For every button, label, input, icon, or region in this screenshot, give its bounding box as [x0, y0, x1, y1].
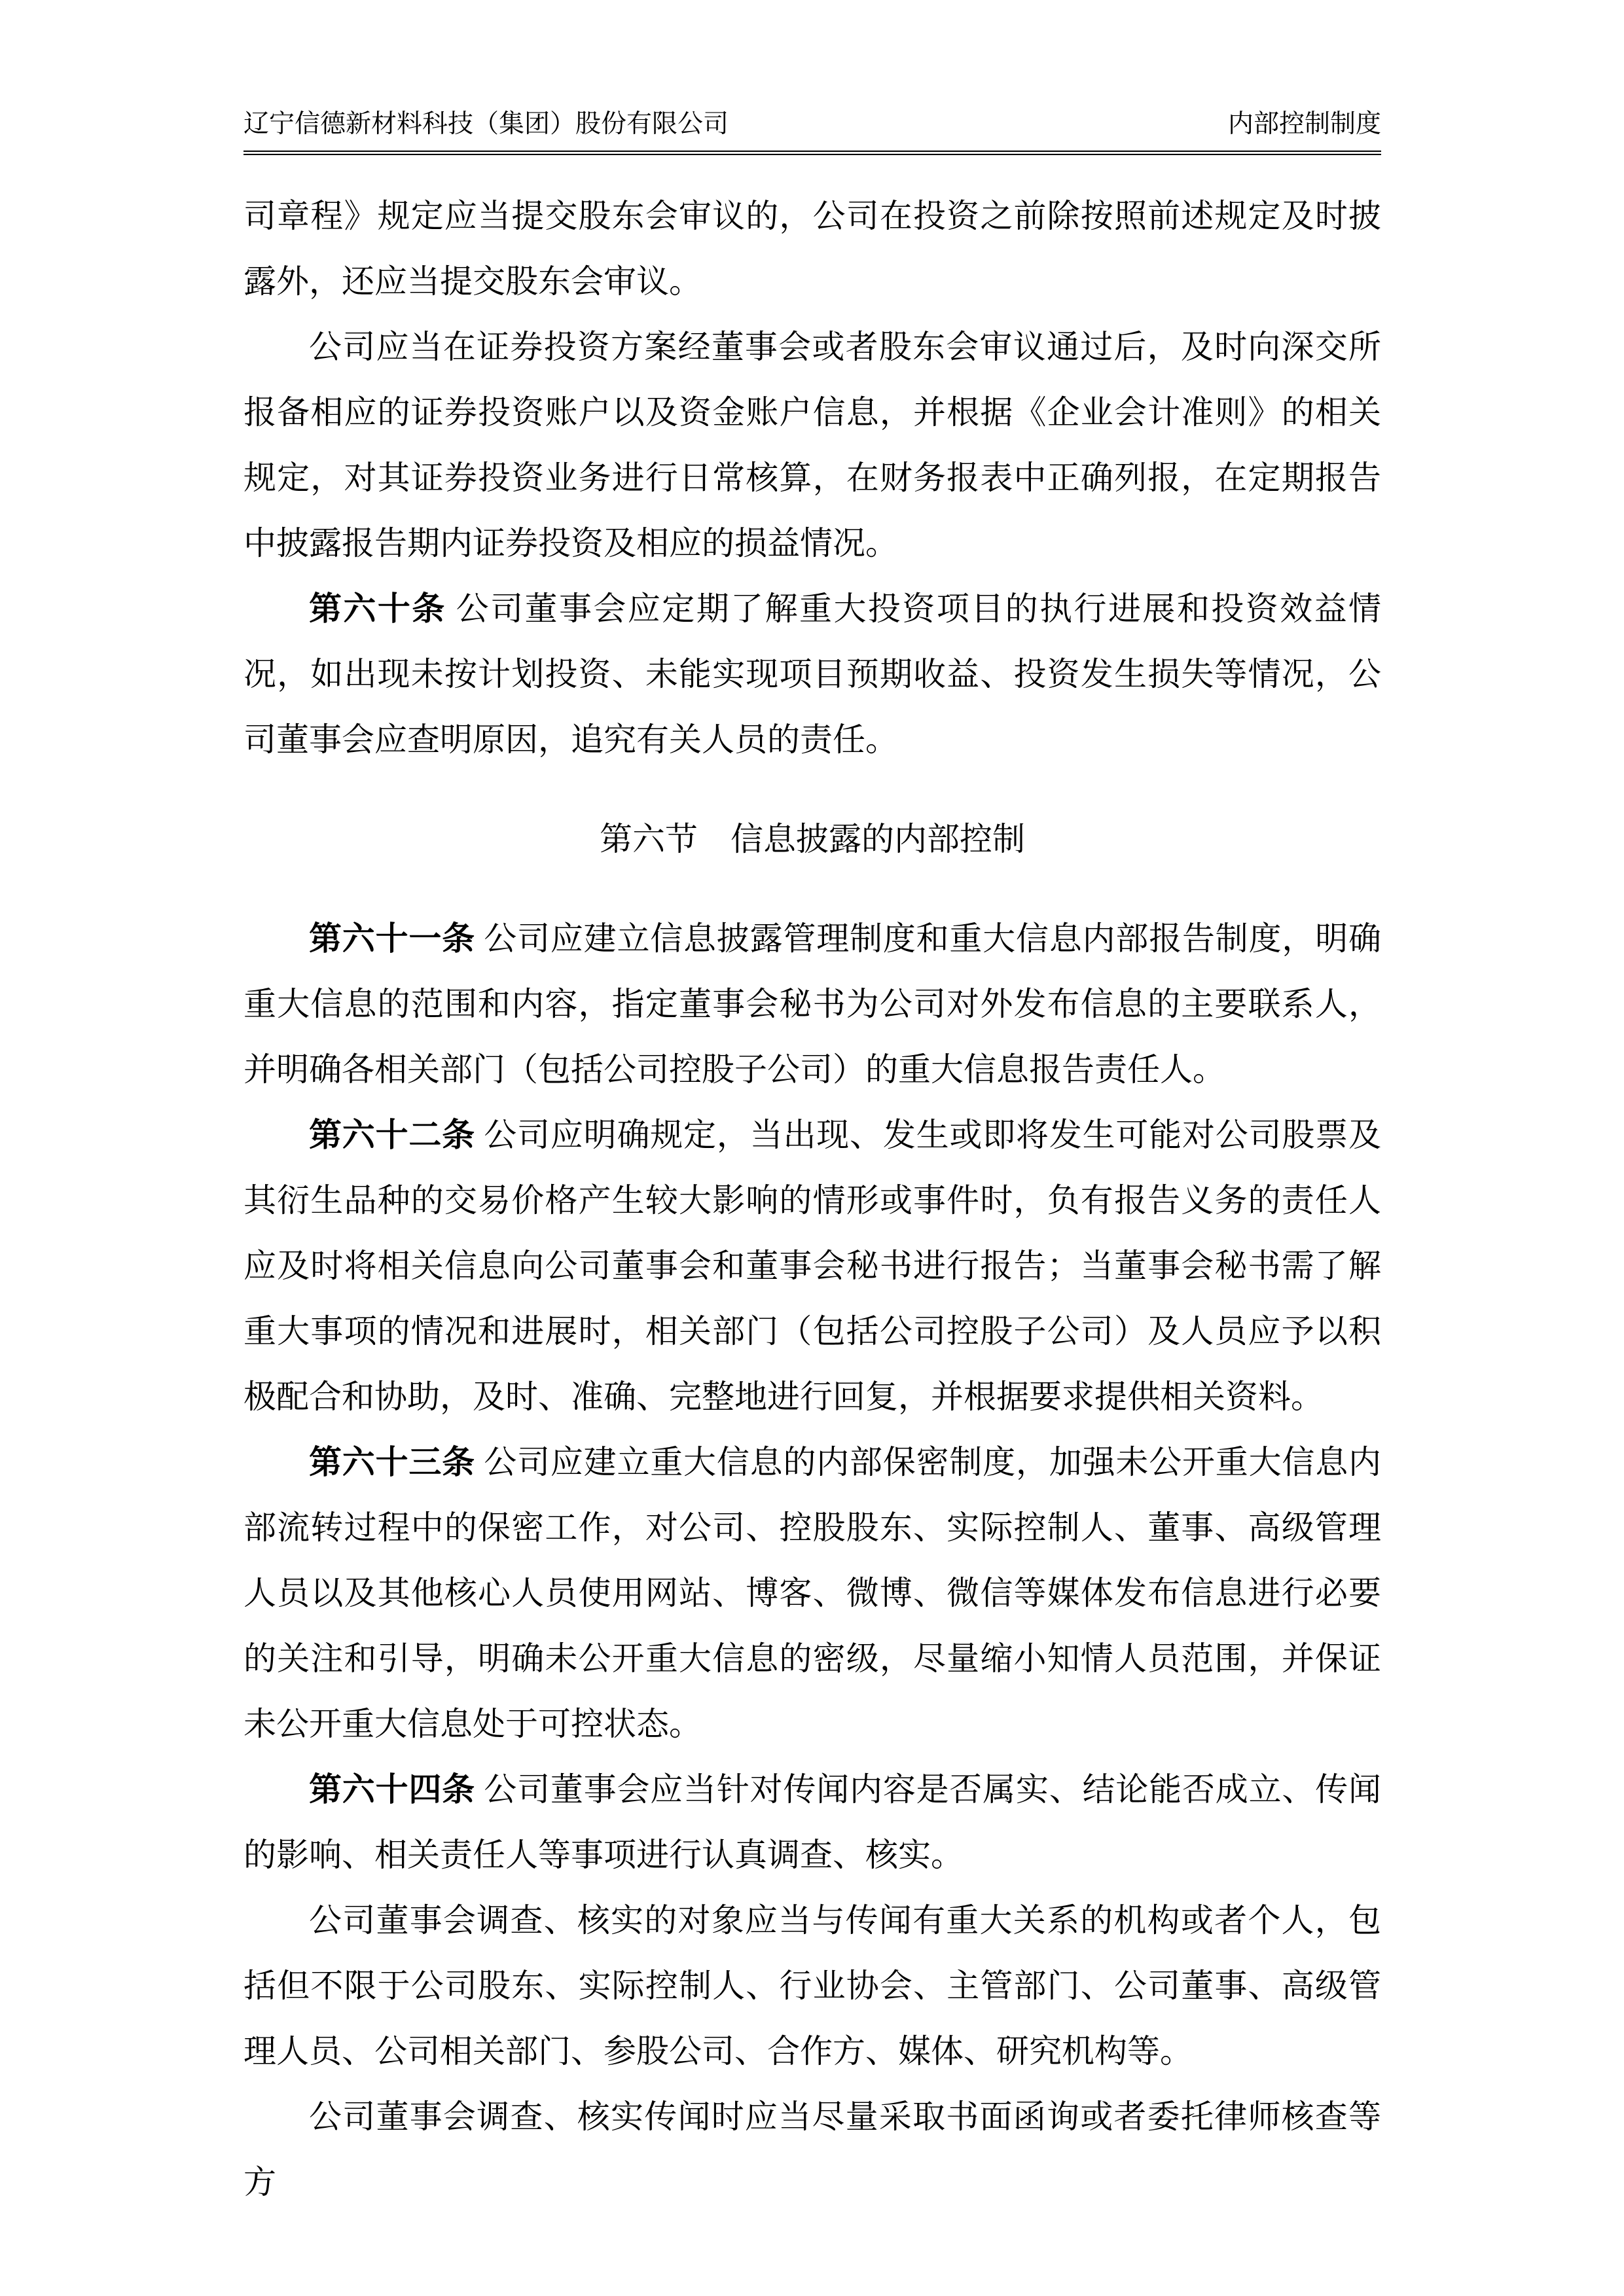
document-page: 辽宁信德新材料科技（集团）股份有限公司 内部控制制度 司章程》规定应当提交股东会…: [0, 0, 1624, 2296]
article-number: 第六十二条: [309, 1117, 475, 1153]
header-document-title: 内部控制制度: [1228, 109, 1381, 140]
section-title: 第六节 信息披露的内部控制: [244, 806, 1381, 872]
document-body: 司章程》规定应当提交股东会审议的，公司在投资之前除按照前述规定及时披露外，还应当…: [244, 183, 1381, 2215]
paragraph: 第六十一条 公司应建立信息披露管理制度和重大信息内部报告制度，明确重大信息的范围…: [244, 906, 1381, 1102]
article-number: 第六十一条: [309, 920, 475, 957]
paragraph: 公司董事会调查、核实传闻时应当尽量采取书面函询或者委托律师核查等方: [244, 2084, 1381, 2215]
page-header-row: 辽宁信德新材料科技（集团）股份有限公司 内部控制制度: [244, 109, 1381, 140]
paragraph: 公司应当在证券投资方案经董事会或者股东会审议通过后，及时向深交所报备相应的证券投…: [244, 314, 1381, 576]
page-header: 辽宁信德新材料科技（集团）股份有限公司 内部控制制度: [244, 109, 1381, 155]
header-divider: [244, 151, 1381, 155]
paragraph: 公司董事会调查、核实的对象应当与传闻有重大关系的机构或者个人，包括但不限于公司股…: [244, 1888, 1381, 2084]
paragraph: 司章程》规定应当提交股东会审议的，公司在投资之前除按照前述规定及时披露外，还应当…: [244, 183, 1381, 314]
article-number: 第六十三条: [309, 1444, 475, 1480]
article-number: 第六十四条: [309, 1771, 475, 1808]
paragraph: 第六十三条 公司应建立重大信息的内部保密制度，加强未公开重大信息内部流转过程中的…: [244, 1429, 1381, 1757]
paragraph: 第六十条 公司董事会应定期了解重大投资项目的执行进展和投资效益情况，如出现未按计…: [244, 576, 1381, 772]
paragraph: 第六十四条 公司董事会应当针对传闻内容是否属实、结论能否成立、传闻的影响、相关责…: [244, 1757, 1381, 1888]
paragraph: 第六十二条 公司应明确规定，当出现、发生或即将发生可能对公司股票及其衍生品种的交…: [244, 1102, 1381, 1429]
article-number: 第六十条: [309, 590, 446, 627]
header-company-name: 辽宁信德新材料科技（集团）股份有限公司: [244, 109, 729, 140]
